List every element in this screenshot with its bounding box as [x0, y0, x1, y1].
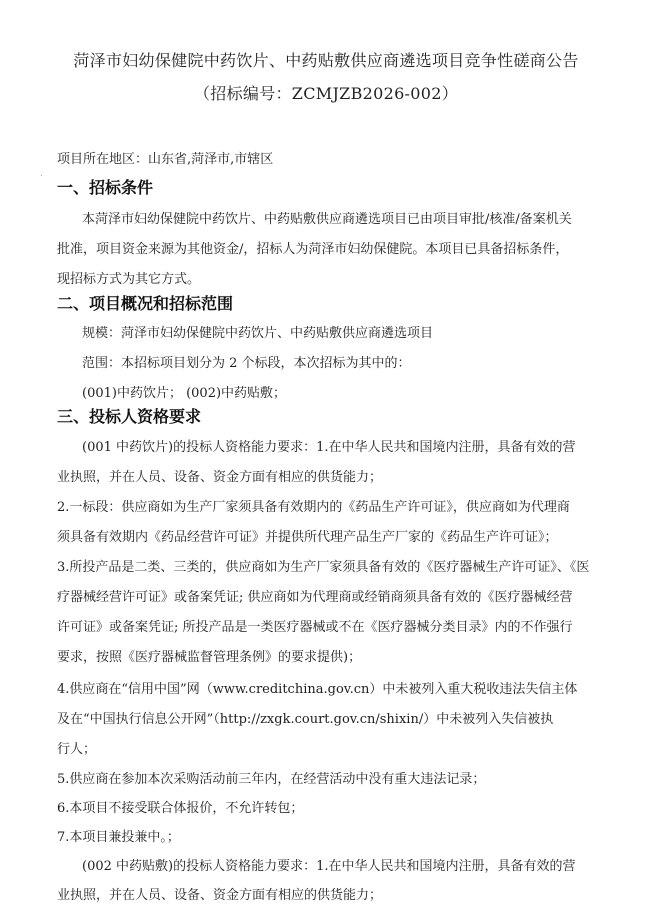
- section-3-line: 4.供应商在“信用中国”网（www.creditchina.gov.cn）中未被…: [57, 678, 577, 697]
- section-1-line: 批准，项目资金来源为其他资金/，招标人为菏泽市妇幼保健院。本项目已具备招标条件，: [57, 238, 568, 257]
- section-2-line: 规模：菏泽市妇幼保健院中药饮片、中药贴敷供应商遴选项目: [82, 322, 433, 341]
- section-3-line: 要求，按照《医疗器械监督管理条例》的要求提供)；: [57, 646, 361, 665]
- section-2-line: 范围：本招标项目划分为 2 个标段，本次招标为其中的：: [82, 352, 411, 371]
- project-region: 项目所在地区：山东省,菏泽市,市辖区: [57, 148, 273, 167]
- section-3-line: 3.所投产品是二类、三类的，供应商如为生产厂家须具备有效的《医疗器械生产许可证》…: [57, 556, 589, 575]
- section-3-line: 及在“中国执行信息公开网”（http://zxgk.court.gov.cn/s…: [57, 708, 553, 727]
- section-2-line: (001)中药饮片； (002)中药贴敷；: [82, 382, 286, 401]
- scan-speck: [41, 175, 42, 176]
- section-3-line: (002 中药贴敷)的投标人资格能力要求：1.在中华人民共和国境内注册，具备有效…: [82, 855, 576, 874]
- section-3-line: 2.一标段：供应商如为生产厂家须具备有效期内的《药品生产许可证》，供应商如为代理…: [57, 496, 570, 515]
- document-title: 菏泽市妇幼保健院中药饮片、中药贴敷供应商遴选项目竞争性磋商公告: [0, 48, 652, 71]
- section-1-line: 本菏泽市妇幼保健院中药饮片、中药贴敷供应商遴选项目已由项目审批/核准/备案机关: [82, 208, 572, 227]
- section-heading-3: 三、投标人资格要求: [57, 404, 201, 427]
- section-3-line: 5.供应商在参加本次采购活动前三年内，在经营活动中没有重大违法记录；: [57, 768, 485, 787]
- section-1-line: 现招标方式为其它方式。: [57, 268, 200, 287]
- section-3-line: 疗器械经营许可证》或备案凭证; 供应商如为代理商或经销商须具备有效的《医疗器械经…: [57, 586, 573, 605]
- section-3-line: 业执照，并在人员、设备、资金方面有相应的供货能力；: [57, 466, 382, 485]
- section-3-line: 许可证》或备案凭证; 所投产品是一类医疗器械或不在《医疗器械分类目录》内的不作强…: [57, 616, 573, 635]
- section-3-line: 须具备有效期内《药品经营许可证》并提供所代理产品生产厂家的《药品生产许可证》；: [57, 526, 558, 545]
- tender-number: （招标编号：ZCMJZB2026-002）: [0, 81, 652, 104]
- section-3-line: 业执照，并在人员、设备、资金方面有相应的供货能力；: [57, 884, 382, 903]
- section-heading-1: 一、招标条件: [57, 175, 153, 198]
- section-3-line: 行人；: [57, 738, 96, 757]
- document-page: 菏泽市妇幼保健院中药饮片、中药贴敷供应商遴选项目竞争性磋商公告 （招标编号：ZC…: [0, 0, 652, 908]
- section-heading-2: 二、项目概况和招标范围: [57, 291, 233, 314]
- section-3-line: 7.本项目兼投兼中。；: [57, 826, 180, 845]
- section-3-line: (001 中药饮片)的投标人资格能力要求：1.在中华人民共和国境内注册，具备有效…: [82, 436, 576, 455]
- section-3-line: 6.本项目不接受联合体报价，不允许转包；: [57, 797, 303, 816]
